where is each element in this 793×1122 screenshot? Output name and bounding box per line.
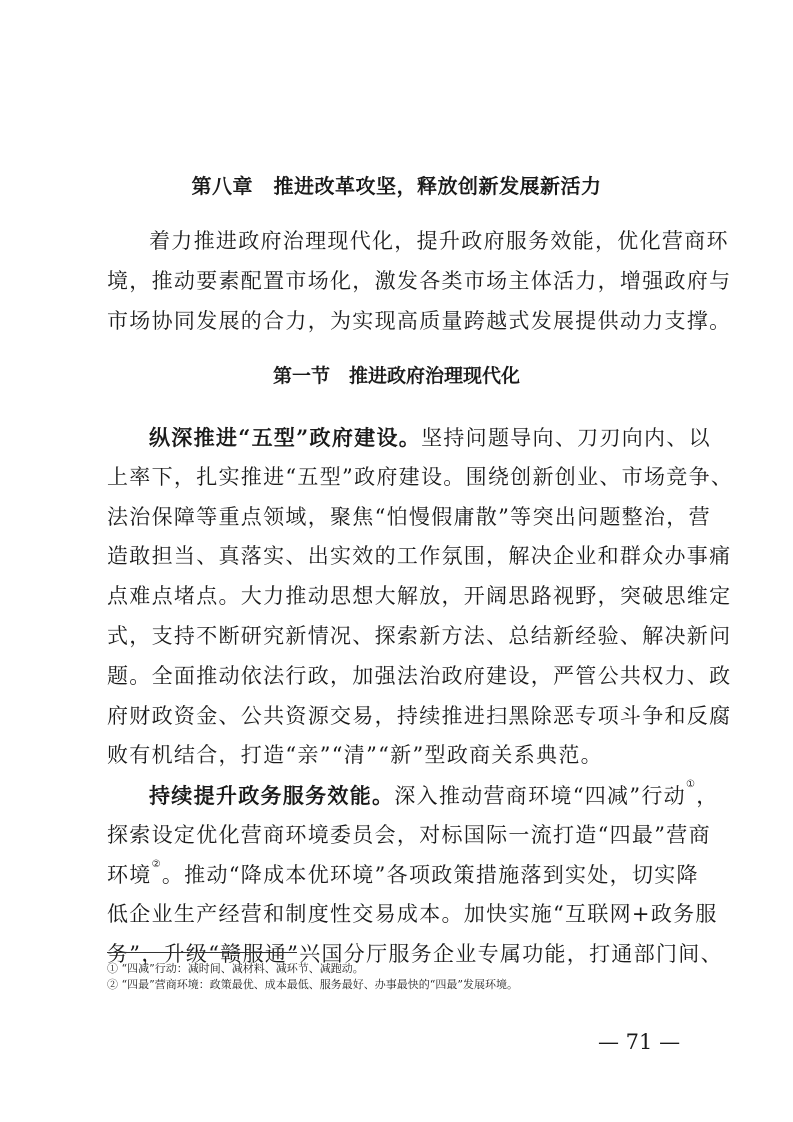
text-line: 式，支持不断研究新情况、探索新方法、总结新经验、解决新问: [107, 617, 692, 657]
footnote-ref-2[interactable]: ②: [152, 859, 162, 870]
text-line: 探索设定优化营商环境委员会，对标国际一流打造“四最”营商: [107, 816, 692, 856]
text-fragment: 。推动“降成本优环境”各项政策措施落到实处，切实降: [162, 863, 699, 887]
text-line: 市场协同发展的合力，为实现高质量跨越式发展提供动力支撑。: [107, 302, 692, 342]
footnote-divider: [107, 952, 297, 953]
text-line: 题。全面推动依法行政，加强法治政府建设，严管公共权力、政: [107, 657, 692, 697]
text-line: 着力推进政府治理现代化，提升政府服务效能，优化营商环: [107, 222, 692, 262]
footnotes: ① “四减”行动：减时间、减材料、减环节、减跑动。 ② “四最”营商环境：政策最…: [107, 961, 518, 993]
text-line: 府财政资金、公共资源交易，持续推进扫黑除恶专项斗争和反腐: [107, 697, 692, 737]
paragraph-five-type-government: 纵深推进“五型”政府建设。坚持问题导向、刀刃向内、以 上率下，扎实推进“五型”政…: [107, 418, 692, 776]
text-line: 上率下，扎实推进“五型”政府建设。围绕创新创业、市场竞争、: [107, 458, 692, 498]
text-line: 法治保障等重点领域，聚焦“怕慢假庸散”等突出问题整治，营: [107, 498, 692, 538]
section-title: 第一节 推进政府治理现代化: [0, 361, 793, 388]
text-fragment: 深入推动营商环境“四减”行动: [394, 784, 686, 808]
text-line: 造敢担当、真落实、出实效的工作氛围，解决企业和群众办事痛: [107, 537, 692, 577]
intro-paragraph: 着力推进政府治理现代化，提升政府服务效能，优化营商环 境，推动要素配置市场化，激…: [107, 222, 692, 341]
paragraph-lead: 持续提升政务服务效能。: [149, 783, 394, 808]
document-page: 第八章 推进改革攻坚，释放创新发展新活力 着力推进政府治理现代化，提升政府服务效…: [0, 0, 793, 1122]
footnote-ref-1[interactable]: ①: [686, 779, 696, 790]
paragraph-lead: 纵深推进“五型”政府建设。: [149, 425, 421, 450]
text-line: 败有机结合，打造“亲”“清”“新”型政商关系典范。: [107, 736, 692, 776]
footnote-1: ① “四减”行动：减时间、减材料、减环节、减跑动。: [107, 961, 518, 977]
text-line: 持续提升政务服务效能。深入推动营商环境“四减”行动①，: [107, 776, 692, 816]
text-line: 点难点堵点。大力推动思想大解放，开阔思路视野，突破思维定: [107, 577, 692, 617]
text-fragment: ，: [696, 784, 718, 808]
footnote-2: ② “四最”营商环境：政策最优、成本最低、服务最好、办事最快的“四最”发展环境。: [107, 977, 518, 993]
text-line: 环境②。推动“降成本优环境”各项政策措施落到实处，切实降: [107, 856, 692, 896]
paragraph-government-service: 持续提升政务服务效能。深入推动营商环境“四减”行动①， 探索设定优化营商环境委员…: [107, 776, 692, 975]
chapter-title: 第八章 推进改革攻坚，释放创新发展新活力: [0, 170, 793, 199]
text-fragment: 坚持问题导向、刀刃向内、以: [421, 426, 711, 450]
text-fragment: 环境: [107, 863, 152, 887]
text-line: 低企业生产经营和制度性交易成本。加快实施“互联网+政务服: [107, 895, 692, 935]
text-line: 纵深推进“五型”政府建设。坚持问题导向、刀刃向内、以: [107, 418, 692, 458]
text-line: 境，推动要素配置市场化，激发各类市场主体活力，增强政府与: [107, 262, 692, 302]
page-number: — 71 —: [598, 1030, 680, 1054]
